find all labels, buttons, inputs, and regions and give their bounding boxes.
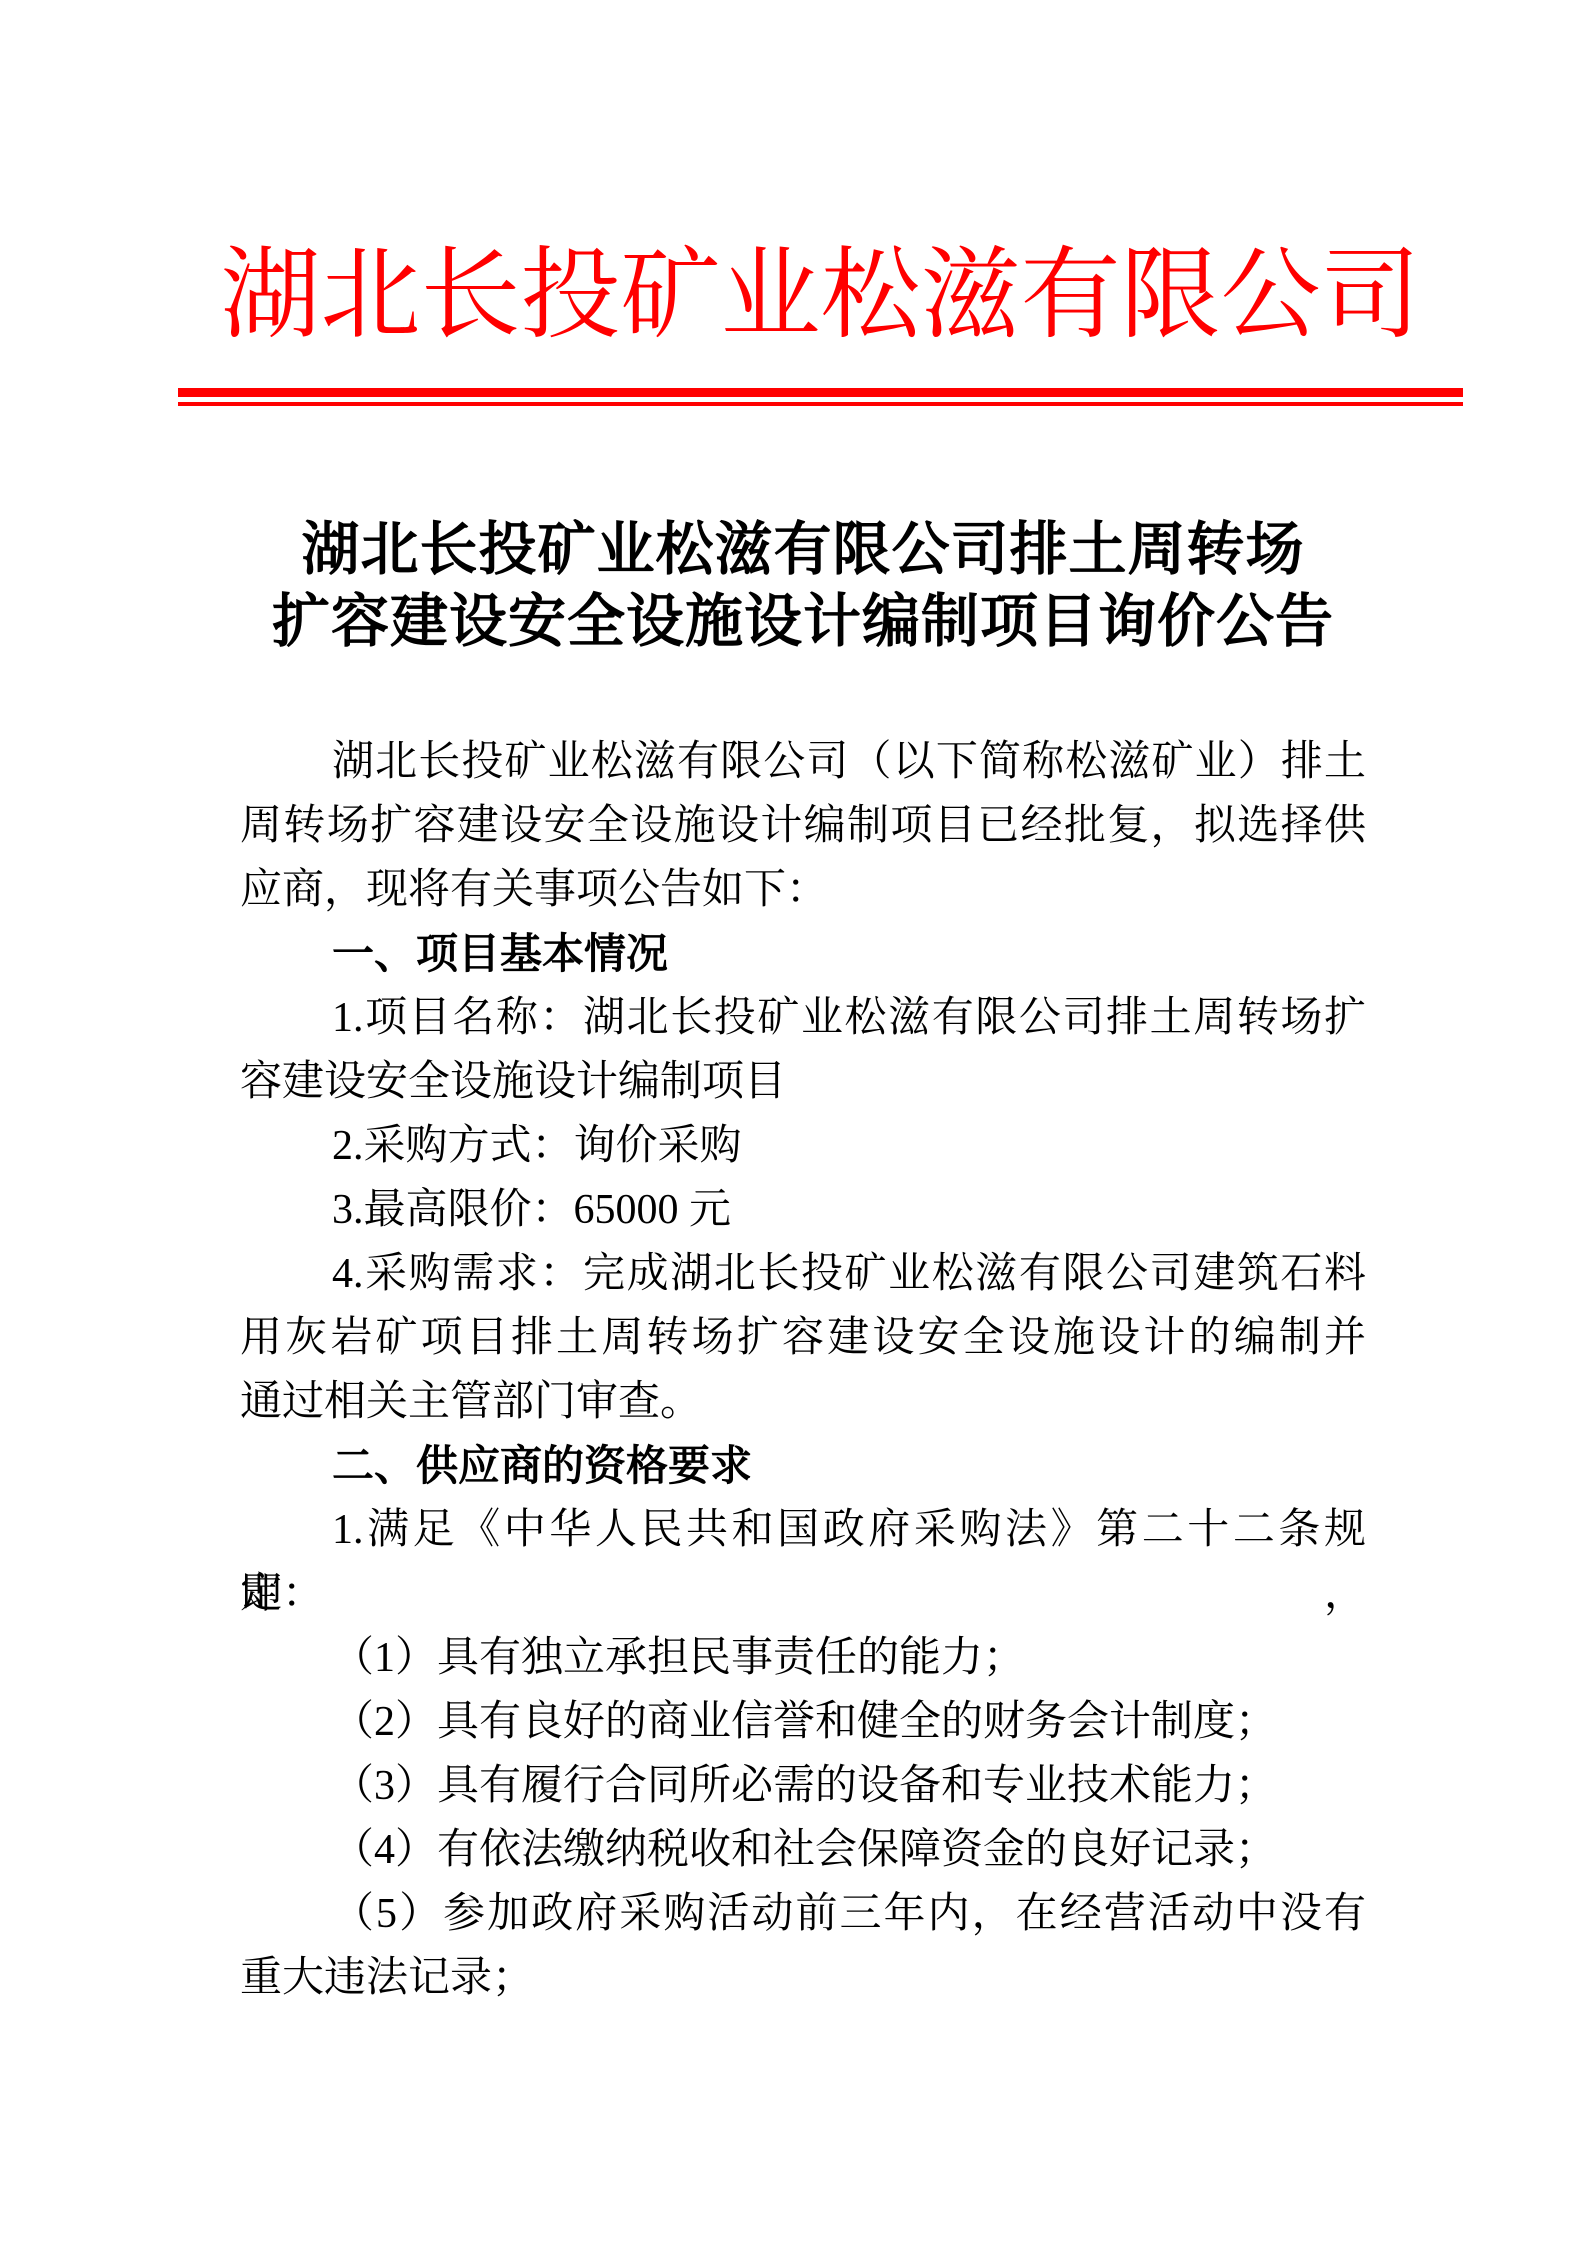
letterhead-rule-thin <box>178 402 1463 406</box>
body-line: 1.项目名称：湖北长投矿业松滋有限公司排土周转场扩 <box>240 986 1366 1050</box>
section-heading: 一、项目基本情况 <box>240 922 1366 986</box>
body-line: 用灰岩矿项目排土周转场扩容建设安全设施设计的编制并 <box>240 1306 1366 1370</box>
letterhead-rule-thick <box>178 388 1463 397</box>
body-line: （1）具有独立承担民事责任的能力； <box>240 1626 1366 1690</box>
body-line: 通过相关主管部门审查。 <box>240 1370 1366 1434</box>
body-line: （5）参加政府采购活动前三年内，在经营活动中没有 <box>240 1882 1366 1946</box>
body-line: （3）具有履行合同所必需的设备和专业技术能力； <box>240 1754 1366 1818</box>
body-line: 4.采购需求：完成湖北长投矿业松滋有限公司建筑石料 <box>240 1242 1366 1306</box>
document-title: 湖北长投矿业松滋有限公司排土周转场 扩容建设安全设施设计编制项目询价公告 <box>240 514 1366 658</box>
body-line: 3.最高限价：65000 元 <box>240 1178 1366 1242</box>
section-heading: 二、供应商的资格要求 <box>240 1434 1366 1498</box>
body-line: 湖北长投矿业松滋有限公司（以下简称松滋矿业）排土 <box>240 730 1366 794</box>
document-title-line-1: 湖北长投矿业松滋有限公司排土周转场 <box>240 514 1366 586</box>
body-line: 周转场扩容建设安全设施设计编制项目已经批复，拟选择供 <box>240 794 1366 858</box>
letterhead-company-name: 湖北长投矿业松滋有限公司 <box>178 238 1463 353</box>
body-line: 重大违法记录； <box>240 1946 1366 2010</box>
body-line: 1.满足《中华人民共和国政府采购法》第二十二条规定， <box>240 1498 1366 1562</box>
body-line: 应商，现将有关事项公告如下： <box>240 858 1366 922</box>
document-body: 湖北长投矿业松滋有限公司（以下简称松滋矿业）排土 周转场扩容建设安全设施设计编制… <box>240 730 1366 2010</box>
body-line: 2.采购方式：询价采购 <box>240 1114 1366 1178</box>
body-line: 容建设安全设施设计编制项目 <box>240 1050 1366 1114</box>
document-title-line-2: 扩容建设安全设施设计编制项目询价公告 <box>240 586 1366 658</box>
body-line: （2）具有良好的商业信誉和健全的财务会计制度； <box>240 1690 1366 1754</box>
body-line: （4）有依法缴纳税收和社会保障资金的良好记录； <box>240 1818 1366 1882</box>
document-page: 湖北长投矿业松滋有限公司 湖北长投矿业松滋有限公司排土周转场 扩容建设安全设施设… <box>0 0 1587 2245</box>
